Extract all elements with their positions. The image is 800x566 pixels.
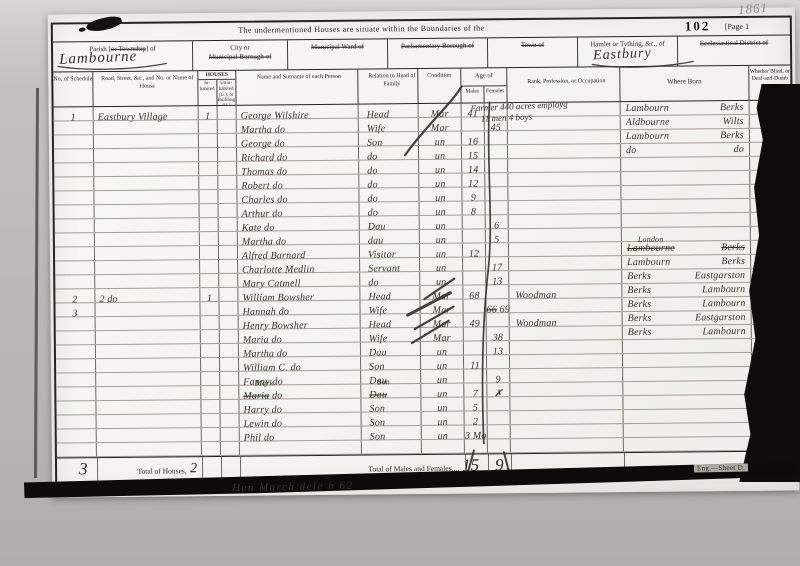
cell-inh xyxy=(200,232,219,245)
cell-inh xyxy=(201,372,220,385)
cell-road xyxy=(94,148,199,162)
cell-name: Henry Bowsher xyxy=(239,315,361,329)
cell-road xyxy=(94,134,199,148)
sheet-reference-note: Eng.—Sheet D. xyxy=(694,464,748,473)
cell-born: AldbourneWilts xyxy=(621,115,750,129)
cell-inh xyxy=(200,218,219,231)
cell-inh xyxy=(200,302,219,315)
cell-rank xyxy=(511,410,624,424)
header-age: Age of xyxy=(461,68,506,86)
cell-rel: do xyxy=(359,188,419,202)
header-relation: Relation to Head of Family xyxy=(358,69,418,104)
cell-inh: 1 xyxy=(199,106,218,119)
cell-born: BerksLambourn xyxy=(622,283,751,297)
cell-ageF xyxy=(486,243,509,256)
cell-cond: un xyxy=(419,132,462,145)
cell-name: Thomas do xyxy=(237,161,359,175)
cell-name: Robert do xyxy=(237,175,359,189)
cell-born: BerksLambourn xyxy=(622,297,751,311)
cell-rel: do xyxy=(360,272,420,286)
cell-rel: Son xyxy=(362,426,422,440)
cell-name: Arthur do xyxy=(238,203,360,217)
cell-ageM: 16 xyxy=(462,131,485,144)
cell-cond: un xyxy=(419,188,462,201)
cell-cond: Mar xyxy=(420,286,463,299)
scanned-census-photo: { "photo": { "year_pencil": "1861", "she… xyxy=(0,0,800,566)
cell-born xyxy=(623,339,752,353)
cell-cond: un xyxy=(421,384,464,397)
cell-rank xyxy=(510,354,623,368)
cell-ageF xyxy=(486,285,509,298)
cell-ageF: 38 xyxy=(487,327,510,340)
cell-rel: Head xyxy=(359,104,419,118)
cell-name: Martha do xyxy=(239,343,361,357)
cell-name: Kate do xyxy=(238,217,360,231)
cell-road xyxy=(96,344,201,358)
cell-rel: Wife xyxy=(359,118,419,132)
cell-cond: un xyxy=(419,146,462,159)
ecclesiastical-field: Ecclesiastical District of xyxy=(678,35,790,65)
cell-sched: 3 xyxy=(55,303,95,316)
cell-sched xyxy=(54,121,94,134)
cell-ageM: 2 xyxy=(465,411,488,424)
cell-born xyxy=(621,171,750,185)
cell-ageM: 9 xyxy=(462,187,485,200)
cell-inh xyxy=(200,260,219,273)
cell-inh xyxy=(201,330,220,343)
cell-rank xyxy=(509,228,622,242)
cell-road xyxy=(97,414,202,428)
cell-uninh xyxy=(219,274,238,287)
cell-rel: Dau xyxy=(361,342,421,356)
cell-name: Charlotte Medlin xyxy=(238,259,360,273)
cell-inh xyxy=(199,162,218,175)
cell-cond: un xyxy=(419,174,462,187)
cell-cond: Mar xyxy=(420,300,463,313)
cell-rel: do xyxy=(359,146,419,160)
cell-name: Charles do xyxy=(237,189,359,203)
cell-ageM xyxy=(463,229,486,242)
cell-rank xyxy=(509,270,622,284)
cell-sched xyxy=(54,177,94,190)
cell-rel: Son xyxy=(359,132,419,146)
cell-road xyxy=(96,372,201,386)
header-condition: Condition xyxy=(418,69,461,103)
header-houses-group: HOUSES In-habited Unin-habited (U.), or … xyxy=(198,71,236,105)
cell-ageM: 14 xyxy=(462,159,485,172)
cell-rank xyxy=(511,438,624,452)
cell-name: Alfred Barnard xyxy=(238,245,360,259)
cell-road xyxy=(96,400,201,414)
cell-road xyxy=(96,386,201,400)
header-born: Where Born xyxy=(620,66,749,101)
cell-name: Martha do xyxy=(238,231,360,245)
cell-inh xyxy=(199,148,218,161)
cell-rel: DauSon xyxy=(361,384,421,398)
cell-road xyxy=(96,330,201,344)
cell-road xyxy=(95,302,200,316)
cell-ageM xyxy=(463,271,486,284)
cell-road xyxy=(95,274,200,288)
folio-number: 102 xyxy=(685,18,711,34)
cell-rank xyxy=(509,298,622,312)
cell-name: Harry do xyxy=(239,399,361,413)
cell-ageF xyxy=(488,439,511,452)
cell-born: LambourneBerksLondon xyxy=(622,241,751,255)
cell-rank xyxy=(508,186,621,200)
cell-ageF: 6 xyxy=(486,215,509,228)
cell-uninh xyxy=(220,400,239,413)
cell-rank xyxy=(509,214,622,228)
cell-cond: un xyxy=(420,202,463,215)
occupation-note: Farmer 440 acres employg 11 men 4 boys xyxy=(470,99,568,125)
cell-rel: Son xyxy=(362,412,422,426)
cell-ageF: 5 xyxy=(486,229,509,242)
cell-born xyxy=(624,409,753,423)
cell-rank xyxy=(508,130,621,144)
pencil-year-note: 1861 xyxy=(737,0,768,18)
cell-name: George Wilshire xyxy=(237,105,359,119)
cell-born xyxy=(622,199,751,213)
cell-name: Phil do xyxy=(240,427,362,441)
cell-uninh xyxy=(218,120,237,133)
cell-ageF xyxy=(487,397,510,410)
cell-ageF: 66 69 xyxy=(486,299,509,312)
cell-name: Mary Catmell xyxy=(238,273,360,287)
cell-born: BerksEastgarston xyxy=(622,269,751,283)
cell-sched xyxy=(55,275,95,288)
cell-road xyxy=(97,428,202,442)
header-females: Females xyxy=(484,86,507,102)
cell-ageM xyxy=(464,341,487,354)
cell-ageM: 49 xyxy=(464,313,487,326)
page-label: [Page 1 xyxy=(725,22,749,31)
cell-rel: do xyxy=(359,160,419,174)
cell-rank xyxy=(509,242,622,256)
cell-cond: un xyxy=(420,230,463,243)
cell-uninh xyxy=(220,386,239,399)
cell-ageF: 13 xyxy=(487,341,510,354)
cell-uninh xyxy=(220,316,239,329)
cell-born: BerksLambourn xyxy=(623,325,752,339)
cell-born: BerksEastgarston xyxy=(623,311,752,325)
cell-cond: un xyxy=(421,342,464,355)
cell-ageM: 5 xyxy=(464,397,487,410)
cell-ageF xyxy=(488,425,511,438)
cell-rel xyxy=(362,440,422,454)
cell-cond: Mar xyxy=(421,328,464,341)
cell-ageM: 68 xyxy=(463,285,486,298)
total-houses-value: 2 xyxy=(190,461,197,477)
cell-ageF xyxy=(487,313,510,326)
cell-sched xyxy=(56,401,96,414)
cell-sched xyxy=(55,219,95,232)
cell-sched xyxy=(55,261,95,274)
cell-uninh xyxy=(218,106,237,119)
header-rank: Rank, Profession, or Occupation xyxy=(507,67,620,102)
cell-ageM xyxy=(464,327,487,340)
cell-ageM xyxy=(464,369,487,382)
cell-born: dodo xyxy=(621,143,750,157)
cell-road xyxy=(96,316,201,330)
cell-ageF xyxy=(485,131,508,144)
cell-sched xyxy=(55,205,95,218)
cell-rel: Wife xyxy=(361,328,421,342)
cell-ageF: 9 xyxy=(487,369,510,382)
cell-cond: un xyxy=(421,356,464,369)
margin-handwritten-note: Hen March dele b 62 xyxy=(232,480,354,495)
cell-inh: 1 xyxy=(200,288,219,301)
cell-uninh xyxy=(219,232,238,245)
cell-inh xyxy=(199,120,218,133)
cell-sched xyxy=(57,443,97,456)
cell-uninh xyxy=(221,442,240,455)
cell-sched: 2 xyxy=(55,289,95,302)
cell-road xyxy=(97,442,202,456)
cell-uninh xyxy=(218,134,237,147)
cell-cond xyxy=(422,440,465,453)
cell-born xyxy=(623,395,752,409)
cell-name: Maria doMark xyxy=(239,385,361,399)
cell-uninh xyxy=(218,148,237,161)
cell-born xyxy=(623,381,752,395)
cell-rel: do xyxy=(360,202,420,216)
cell-cond: un xyxy=(422,426,465,439)
cell-ageM xyxy=(463,215,486,228)
cell-name: Martha do xyxy=(237,119,359,133)
cell-ageF xyxy=(485,159,508,172)
total-schedules: 3 xyxy=(79,459,88,479)
cell-uninh xyxy=(219,288,238,301)
cell-rel: do xyxy=(359,174,419,188)
cell-born: LambournBerks xyxy=(621,101,750,115)
census-form: The undermentioned Houses are situate wi… xyxy=(51,15,796,484)
cell-name: George do xyxy=(237,133,359,147)
cell-inh xyxy=(202,442,221,455)
cell-uninh xyxy=(220,358,239,371)
cell-born xyxy=(624,423,753,437)
cell-name: Maria do xyxy=(239,329,361,343)
cell-road xyxy=(94,120,199,134)
cell-cond: un xyxy=(419,160,462,173)
cell-cond: un xyxy=(420,258,463,271)
cell-sched xyxy=(55,233,95,246)
cell-rel: Wife xyxy=(360,300,420,314)
cell-uninh xyxy=(218,190,237,203)
cell-sched xyxy=(56,317,96,330)
cell-ageF xyxy=(486,201,509,214)
header-name: Name and Surname of each Person xyxy=(236,70,358,105)
cell-born: LambournBerks xyxy=(622,255,751,269)
cell-ageF xyxy=(485,187,508,200)
cell-rank xyxy=(508,172,621,186)
cell-born xyxy=(624,437,753,451)
cell-rank xyxy=(510,382,623,396)
cell-rel: Son xyxy=(361,398,421,412)
table-body: 1Eastbury Village1George WilshireHeadMar… xyxy=(54,100,794,457)
census-page-paper: The undermentioned Houses are situate wi… xyxy=(48,7,800,497)
cell-name xyxy=(240,441,362,455)
cell-road xyxy=(95,218,200,232)
header-houses: HOUSES xyxy=(198,71,235,80)
header-males: Males xyxy=(461,86,484,102)
cell-ageM: 8 xyxy=(463,201,486,214)
cell-uninh xyxy=(218,176,237,189)
cell-cond: Mar xyxy=(419,104,462,117)
cell-cond: Mar xyxy=(419,118,462,131)
cell-uninh xyxy=(220,372,239,385)
cell-rank xyxy=(510,368,623,382)
cell-rank xyxy=(508,158,621,172)
cell-uninh xyxy=(218,162,237,175)
cell-rank xyxy=(510,396,623,410)
cell-inh xyxy=(202,414,221,427)
cell-ageM: 7 xyxy=(464,383,487,396)
town-field: Town of xyxy=(488,38,578,68)
cell-rank: Woodman xyxy=(510,312,623,326)
cell-uninh xyxy=(220,344,239,357)
cell-rel: dau xyxy=(360,230,420,244)
cell-road xyxy=(95,246,200,260)
cell-cond: Mar xyxy=(421,314,464,327)
cell-road xyxy=(96,358,201,372)
cell-inh xyxy=(201,358,220,371)
cell-inh xyxy=(199,176,218,189)
header-inhabited: In-habited xyxy=(198,80,217,105)
cell-inh xyxy=(200,204,219,217)
cell-road xyxy=(95,204,200,218)
cell-sched xyxy=(56,387,96,400)
cell-rel: Dau xyxy=(360,216,420,230)
cell-ageM xyxy=(465,439,488,452)
cell-inh xyxy=(199,190,218,203)
cell-uninh xyxy=(219,204,238,217)
cell-road xyxy=(94,190,199,204)
cell-cond: un xyxy=(420,216,463,229)
header-road: Road, Street, &c., and No. or Name of Ho… xyxy=(93,71,198,106)
cell-cond: un xyxy=(421,398,464,411)
cell-rel: Head xyxy=(360,286,420,300)
scan-line-left xyxy=(34,88,39,478)
cell-rank xyxy=(509,256,622,270)
cell-uninh xyxy=(219,260,238,273)
cell-cond: un xyxy=(422,412,465,425)
parliamentary-field: Parliamentary Borough of xyxy=(388,38,488,68)
cell-inh xyxy=(201,386,220,399)
cell-rank xyxy=(509,200,622,214)
cell-sched xyxy=(54,163,94,176)
cell-uninh xyxy=(221,428,240,441)
cell-ageF: 13 xyxy=(486,271,509,284)
cell-sched xyxy=(57,429,97,442)
cell-rank xyxy=(511,424,624,438)
cell-rank xyxy=(508,144,621,158)
cell-name: Hannah do xyxy=(238,301,360,315)
cell-ageM: 11 xyxy=(464,355,487,368)
cell-inh xyxy=(202,428,221,441)
hamlet-handwritten-value: Eastbury xyxy=(593,46,652,65)
cell-sched xyxy=(55,247,95,260)
cell-born xyxy=(621,157,750,171)
cell-inh xyxy=(199,134,218,147)
cell-born xyxy=(621,185,750,199)
cell-road xyxy=(94,162,199,176)
cell-name: Richard do xyxy=(237,147,359,161)
cell-sched xyxy=(54,135,94,148)
cell-rank xyxy=(510,340,623,354)
cell-ageM: 12 xyxy=(463,243,486,256)
cell-sched xyxy=(54,149,94,162)
header-uninhabited: Unin-habited (U.), or Building (B.) xyxy=(217,80,236,105)
cell-uninh xyxy=(221,414,240,427)
cell-ageF: 17 xyxy=(486,257,509,270)
city-field: City or Municipal Borough of xyxy=(193,40,288,70)
cell-born xyxy=(623,353,752,367)
cell-born xyxy=(622,213,751,227)
cell-ageF: ✗ xyxy=(487,383,510,396)
cell-rel: Son xyxy=(361,356,421,370)
boundaries-heading: The undermentioned Houses are situate wi… xyxy=(53,22,670,37)
parish-handwritten-value: Lambourne xyxy=(59,48,138,68)
cell-inh xyxy=(201,344,220,357)
cell-ageF xyxy=(485,173,508,186)
cell-inh xyxy=(201,316,220,329)
cell-sched xyxy=(56,359,96,372)
cell-cond: un xyxy=(420,272,463,285)
cell-inh xyxy=(201,400,220,413)
cell-ageF xyxy=(485,145,508,158)
cell-inh xyxy=(200,274,219,287)
cell-road xyxy=(95,260,200,274)
cell-road: 2 do xyxy=(95,288,200,302)
cell-sched xyxy=(56,373,96,386)
cell-rank xyxy=(510,326,623,340)
cell-road: Eastbury Village xyxy=(94,106,199,120)
cell-name: William Bowsher xyxy=(238,287,360,301)
cell-ageM: 12 xyxy=(462,173,485,186)
cell-sched xyxy=(56,331,96,344)
cell-rank: Woodman xyxy=(509,284,622,298)
cell-ageM: 3 Mo xyxy=(465,425,488,438)
header-age-group: Age of Males Females xyxy=(461,68,507,102)
cell-uninh xyxy=(220,330,239,343)
cell-inh xyxy=(200,246,219,259)
cell-born xyxy=(623,367,752,381)
cell-sched xyxy=(56,345,96,358)
cell-road xyxy=(94,176,199,190)
header-schedule: No. of Schedule xyxy=(53,72,93,106)
cell-cond: un xyxy=(420,244,463,257)
cell-uninh xyxy=(219,218,238,231)
cell-rel: Servant xyxy=(360,258,420,272)
cell-cond: un xyxy=(421,370,464,383)
cell-ageM: 15 xyxy=(462,145,485,158)
cell-ageF xyxy=(488,411,511,424)
cell-ageM xyxy=(463,299,486,312)
cell-name: Lewin do xyxy=(240,413,362,427)
cell-born: LambournBerks xyxy=(621,129,750,143)
cell-sched xyxy=(54,191,94,204)
cell-sched: 1 xyxy=(54,107,94,120)
cell-sched xyxy=(57,415,97,428)
cell-uninh xyxy=(219,246,238,259)
ward-field: Municipal Ward of xyxy=(288,39,388,69)
cell-rel: Dau xyxy=(361,370,421,384)
cell-ageF xyxy=(487,355,510,368)
cell-uninh xyxy=(219,302,238,315)
cell-road xyxy=(95,232,200,246)
cell-rel: Visitor xyxy=(360,244,420,258)
